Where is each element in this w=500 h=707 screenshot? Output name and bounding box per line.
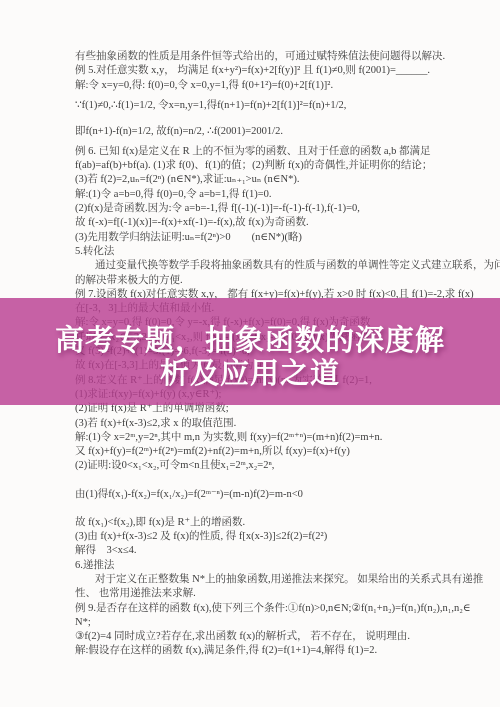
doc-line: (2)证明:设0<x₁<x₂,可令m<n且使x₁=2ᵐ,x₂=2ⁿ, <box>75 459 470 473</box>
doc-line: (3)若 f(x)+f(x-3)≤2,求 x 的取值范围. <box>75 417 470 431</box>
doc-line: 故 f(x₁)<f(x₂),即 f(x)是 R⁺上的增函数. <box>75 516 470 530</box>
doc-line: 性、 也常用递推法来求解. <box>75 587 470 601</box>
doc-line: N*; <box>75 616 470 630</box>
watermark-banner: 高考专题，抽象函数的深度解 析及应用之道 <box>0 298 500 405</box>
doc-line: 即f(n+1)-f(n)=1/2, 故f(n)=n/2, ∴f(2001)=20… <box>75 119 470 145</box>
doc-line: 5.转化法 <box>75 245 470 259</box>
watermark-title-line1: 高考专题，抽象函数的深度解 <box>55 324 445 357</box>
doc-line: 例 9.是否存在这样的函数 f(x),使下列三个条件:①f(n)>0,n∈N;②… <box>75 602 470 616</box>
doc-line: 6.递推法 <box>75 559 470 573</box>
doc-line: (3)先用数学归纳法证明:uₙ=f(2ⁿ)>0 (n∈N*)(略) <box>75 231 470 245</box>
doc-line: 解:假设存在这样的函数 f(x),满足条件,得 f(2)=f(1+1)=4,解得… <box>75 644 470 658</box>
doc-line: 对于定义在正整数集 N*上的抽象函数,用递推法来探究。 如果给出的关系式具有递推 <box>75 573 470 587</box>
doc-line: ③f(2)=4 同时成立?若存在,求出函数 f(x)的解析式， 若不存在， 说明… <box>75 630 470 644</box>
doc-line: 由(1)得f(x₁)-f(x₂)=f(x₁/x₂)=f(2ᵐ⁻ⁿ)=(m-n)f… <box>75 482 470 508</box>
doc-line: (3)由 f(x)+f(x-3)≤2 及 f(x)的性质, 得 f[x(x-3)… <box>75 530 470 544</box>
doc-line: 解:(1)令 x=2ᵐ,y=2ⁿ,其中 m,n 为实数,则 f(xy)=f(2ᵐ… <box>75 431 470 445</box>
doc-line: 解得 3<x≤4. <box>75 544 470 558</box>
doc-line: (2)f(x)是奇函数.因为:令 a=b=-1,得 f[(-1)(-1)]=-f… <box>75 202 470 216</box>
doc-line: 通过变量代换等数学手段将抽象函数具有的性质与函数的单调性等定义式建立联系，为问题 <box>75 259 470 273</box>
doc-line: 例 5.对任意实数 x,y， 均满足 f(x+y²)=f(x)+2[f(y)]²… <box>75 64 470 78</box>
doc-line: 的解决带来极大的方便. <box>75 274 470 288</box>
doc-line: (3)若 f(2)=2,uₙ=f(2ⁿ) (n∈N*),求证:uₙ₊₁>uₙ (… <box>75 173 470 187</box>
doc-line: 故 f(-x)=f[(-1)(x)]=-f(x)+xf(-1)=-f(x),故 … <box>75 216 470 230</box>
doc-line: 解:令 x=y=0,得: f(0)=0,令 x=0,y=1,得 f(0+1²)=… <box>75 79 470 93</box>
doc-line: 解:(1)令 a=b=0,得 f(0)=0,令 a=b=1,得 f(1)=0. <box>75 188 470 202</box>
doc-line: 例 6. 已知 f(x)是定义在 R 上的不恒为零的函数、且对于任意的函数 a,… <box>75 145 470 159</box>
watermark-title-line2: 析及应用之道 <box>160 357 340 390</box>
doc-line: f(ab)=af(b)+bf(a). (1)求 f(0)、f(1)的值；(2)判… <box>75 159 470 173</box>
doc-line: ∵f(1)≠0,∴f(1)=1/2, 令x=n,y=1,得f(n+1)=f(n)… <box>75 93 470 119</box>
doc-line: 有些抽象函数的性质是用条件恒等式给出的，可通过赋特殊值法使问题得以解决. <box>75 50 470 64</box>
doc-line: 又 f(x)+f(y)=f(2ᵐ)+f(2ⁿ)=mf(2)+nf(2)=m+n,… <box>75 445 470 459</box>
